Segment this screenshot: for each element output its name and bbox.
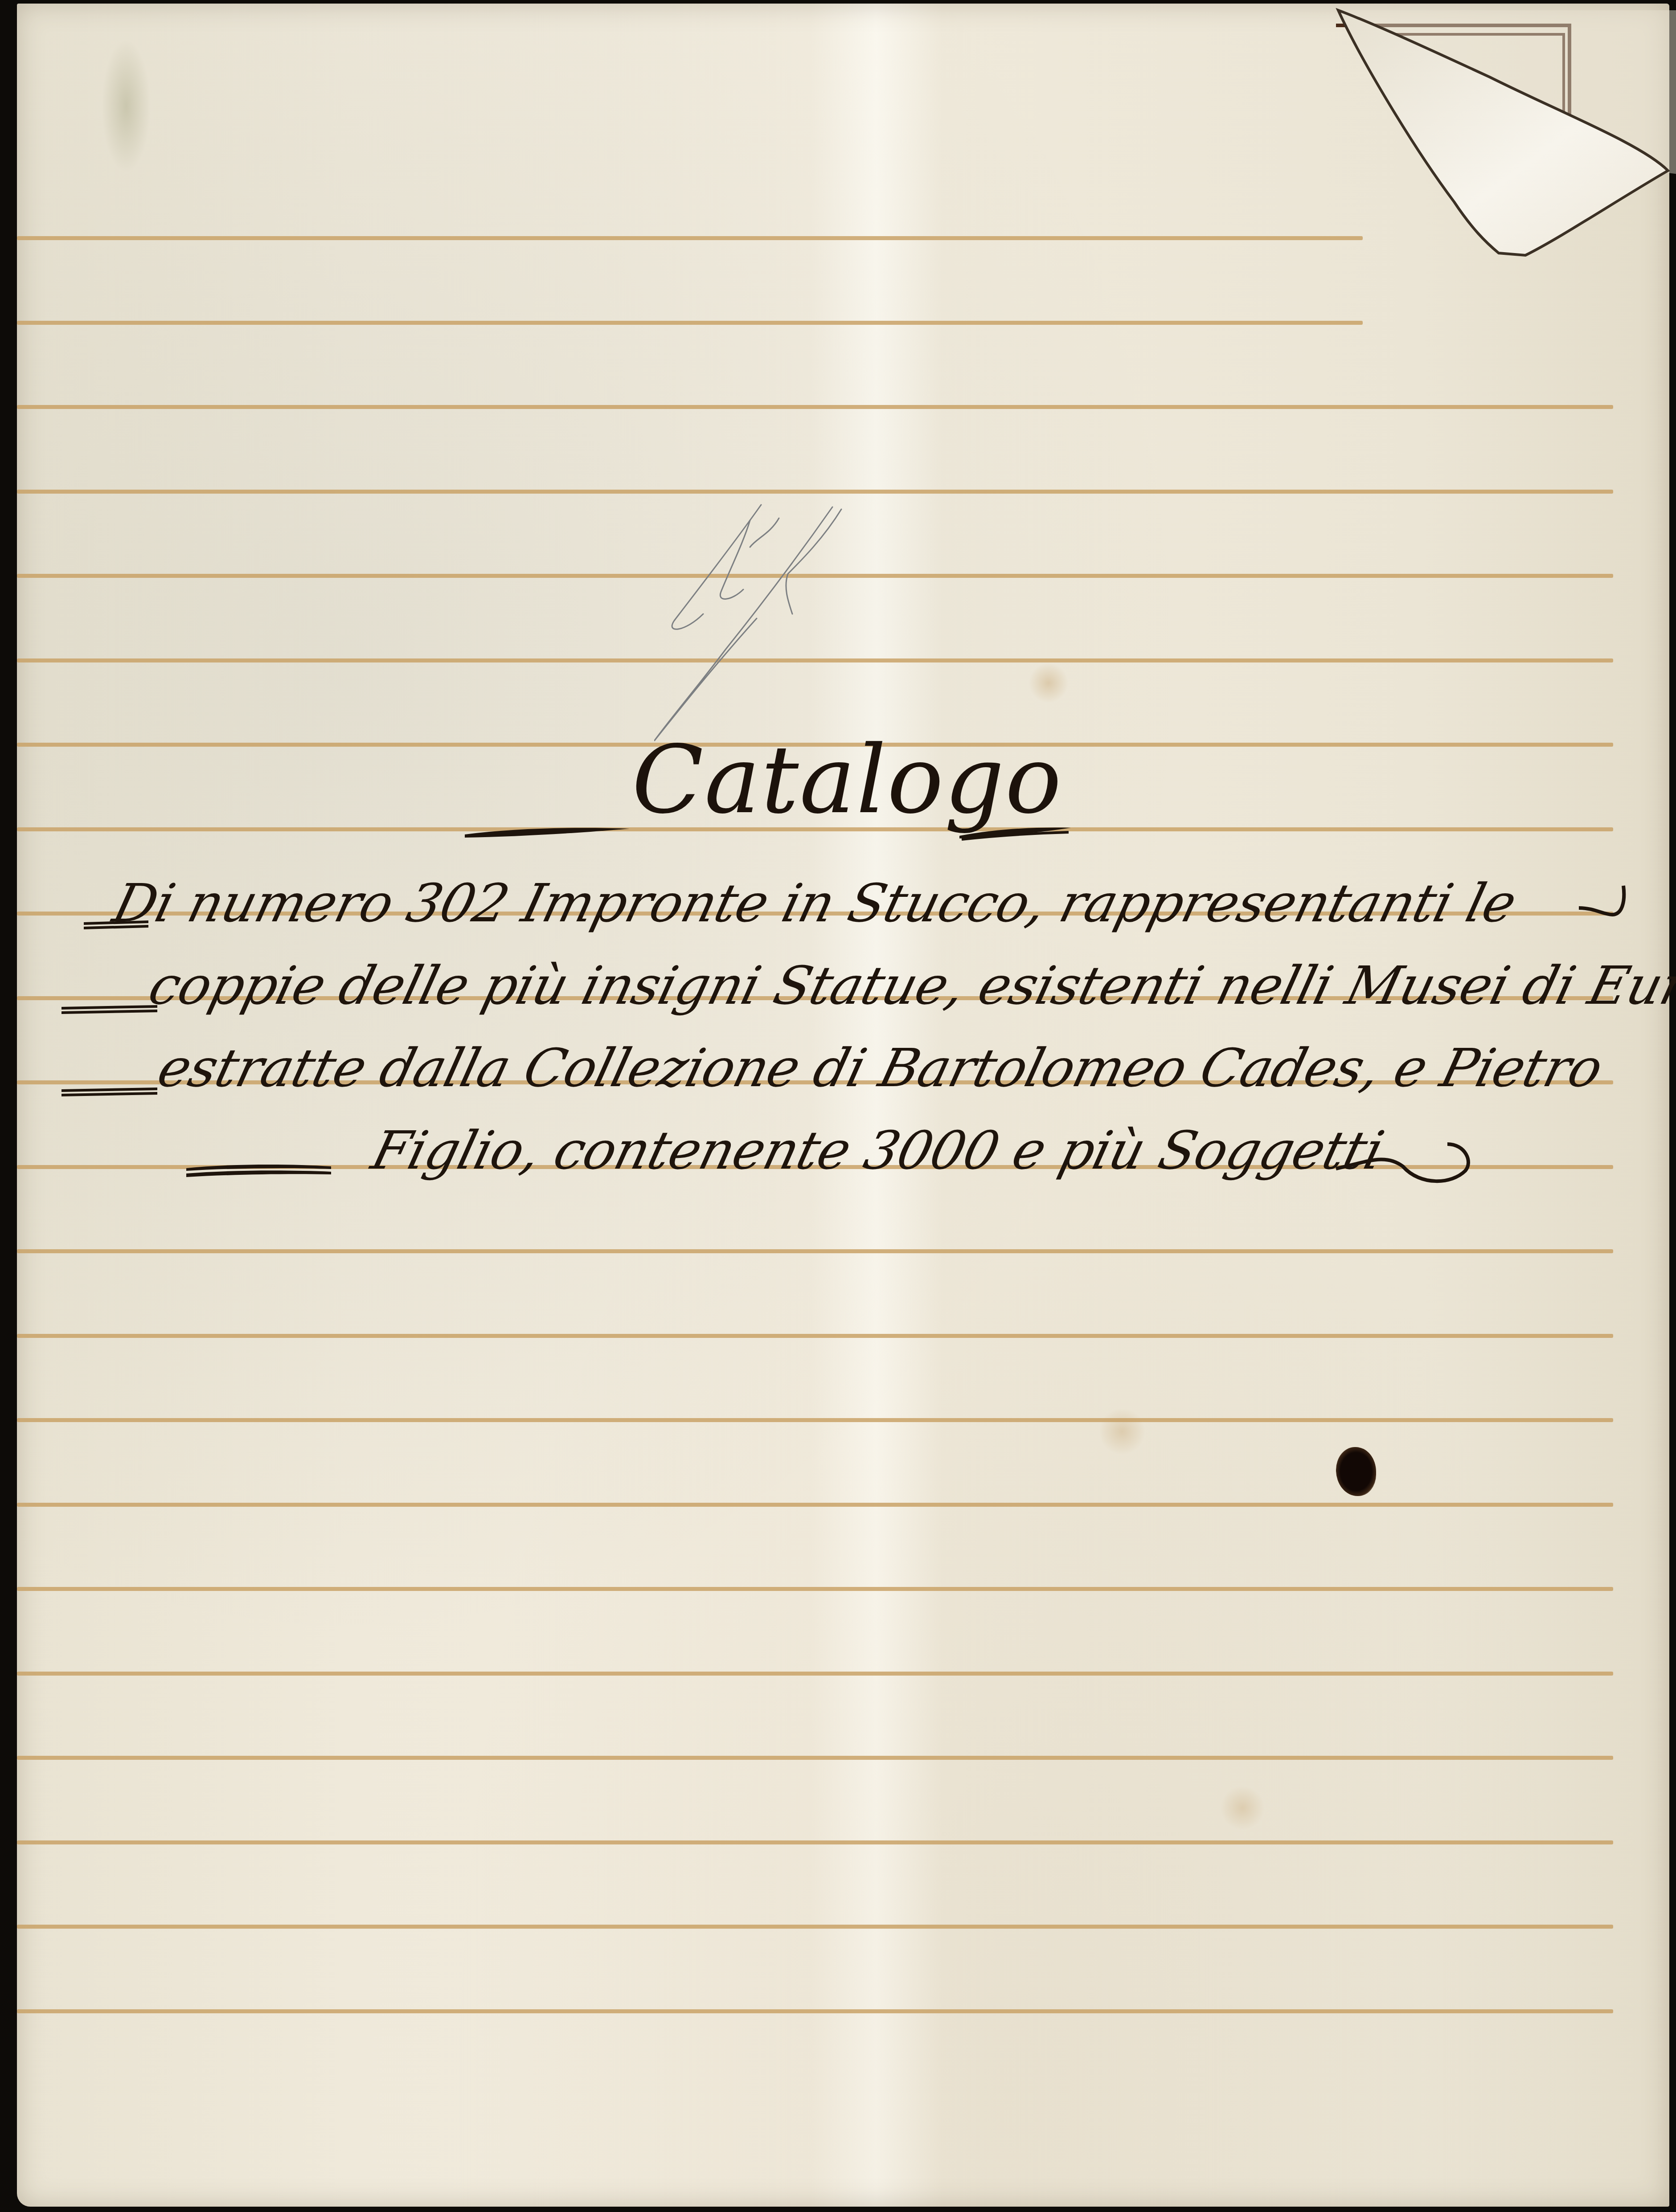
ruled-line: [17, 1249, 1613, 1253]
catalogue-description-line-4: Figlio, contenente 3000 e più Soggetti: [366, 1120, 1389, 1181]
ruled-line: [17, 1334, 1613, 1338]
foxing-stain: [1029, 663, 1069, 703]
ruled-line: [17, 1756, 1613, 1760]
ruled-line: [17, 1503, 1613, 1507]
catalogue-description-line-2: coppie delle più insigni Statue, esisten…: [143, 955, 1676, 1016]
ruled-line: [17, 1925, 1613, 1929]
line-end-swash: [1577, 877, 1630, 930]
ruled-line: [17, 1587, 1613, 1591]
line-flourish: [186, 1162, 333, 1180]
ruled-line: [17, 2009, 1613, 2013]
title-flourish-left: [463, 823, 632, 841]
line-end-swash: [1332, 1126, 1474, 1198]
line-flourish: [61, 1002, 160, 1015]
catalogue-description-line-3: estratte dalla Collezione di Bartolomeo …: [152, 1037, 1609, 1099]
foxing-stain: [102, 39, 151, 173]
ink-blot: [1336, 1447, 1376, 1496]
foxing-stain: [1100, 1407, 1144, 1456]
pencil-annotation: [654, 503, 859, 743]
foxing-stain: [1220, 1786, 1265, 1830]
manuscript-page: Catalogo Di numero 302 Impronte in Stucc…: [17, 4, 1669, 2207]
folded-corner: [1311, 6, 1676, 327]
page-title: Catalogo: [632, 725, 1062, 834]
ruled-line: [17, 1672, 1613, 1676]
ruled-line: [17, 1840, 1613, 1844]
title-flourish-right: [957, 823, 1073, 841]
ruled-line: [17, 1418, 1613, 1422]
catalogue-description-line-1: Di numero 302 Impronte in Stucco, rappre…: [107, 872, 1522, 934]
ruled-line: [17, 490, 1613, 494]
line-flourish: [84, 917, 151, 930]
line-flourish: [61, 1084, 160, 1097]
ruled-line: [17, 405, 1613, 409]
ruled-line: [17, 321, 1363, 325]
ruled-line: [17, 236, 1363, 240]
